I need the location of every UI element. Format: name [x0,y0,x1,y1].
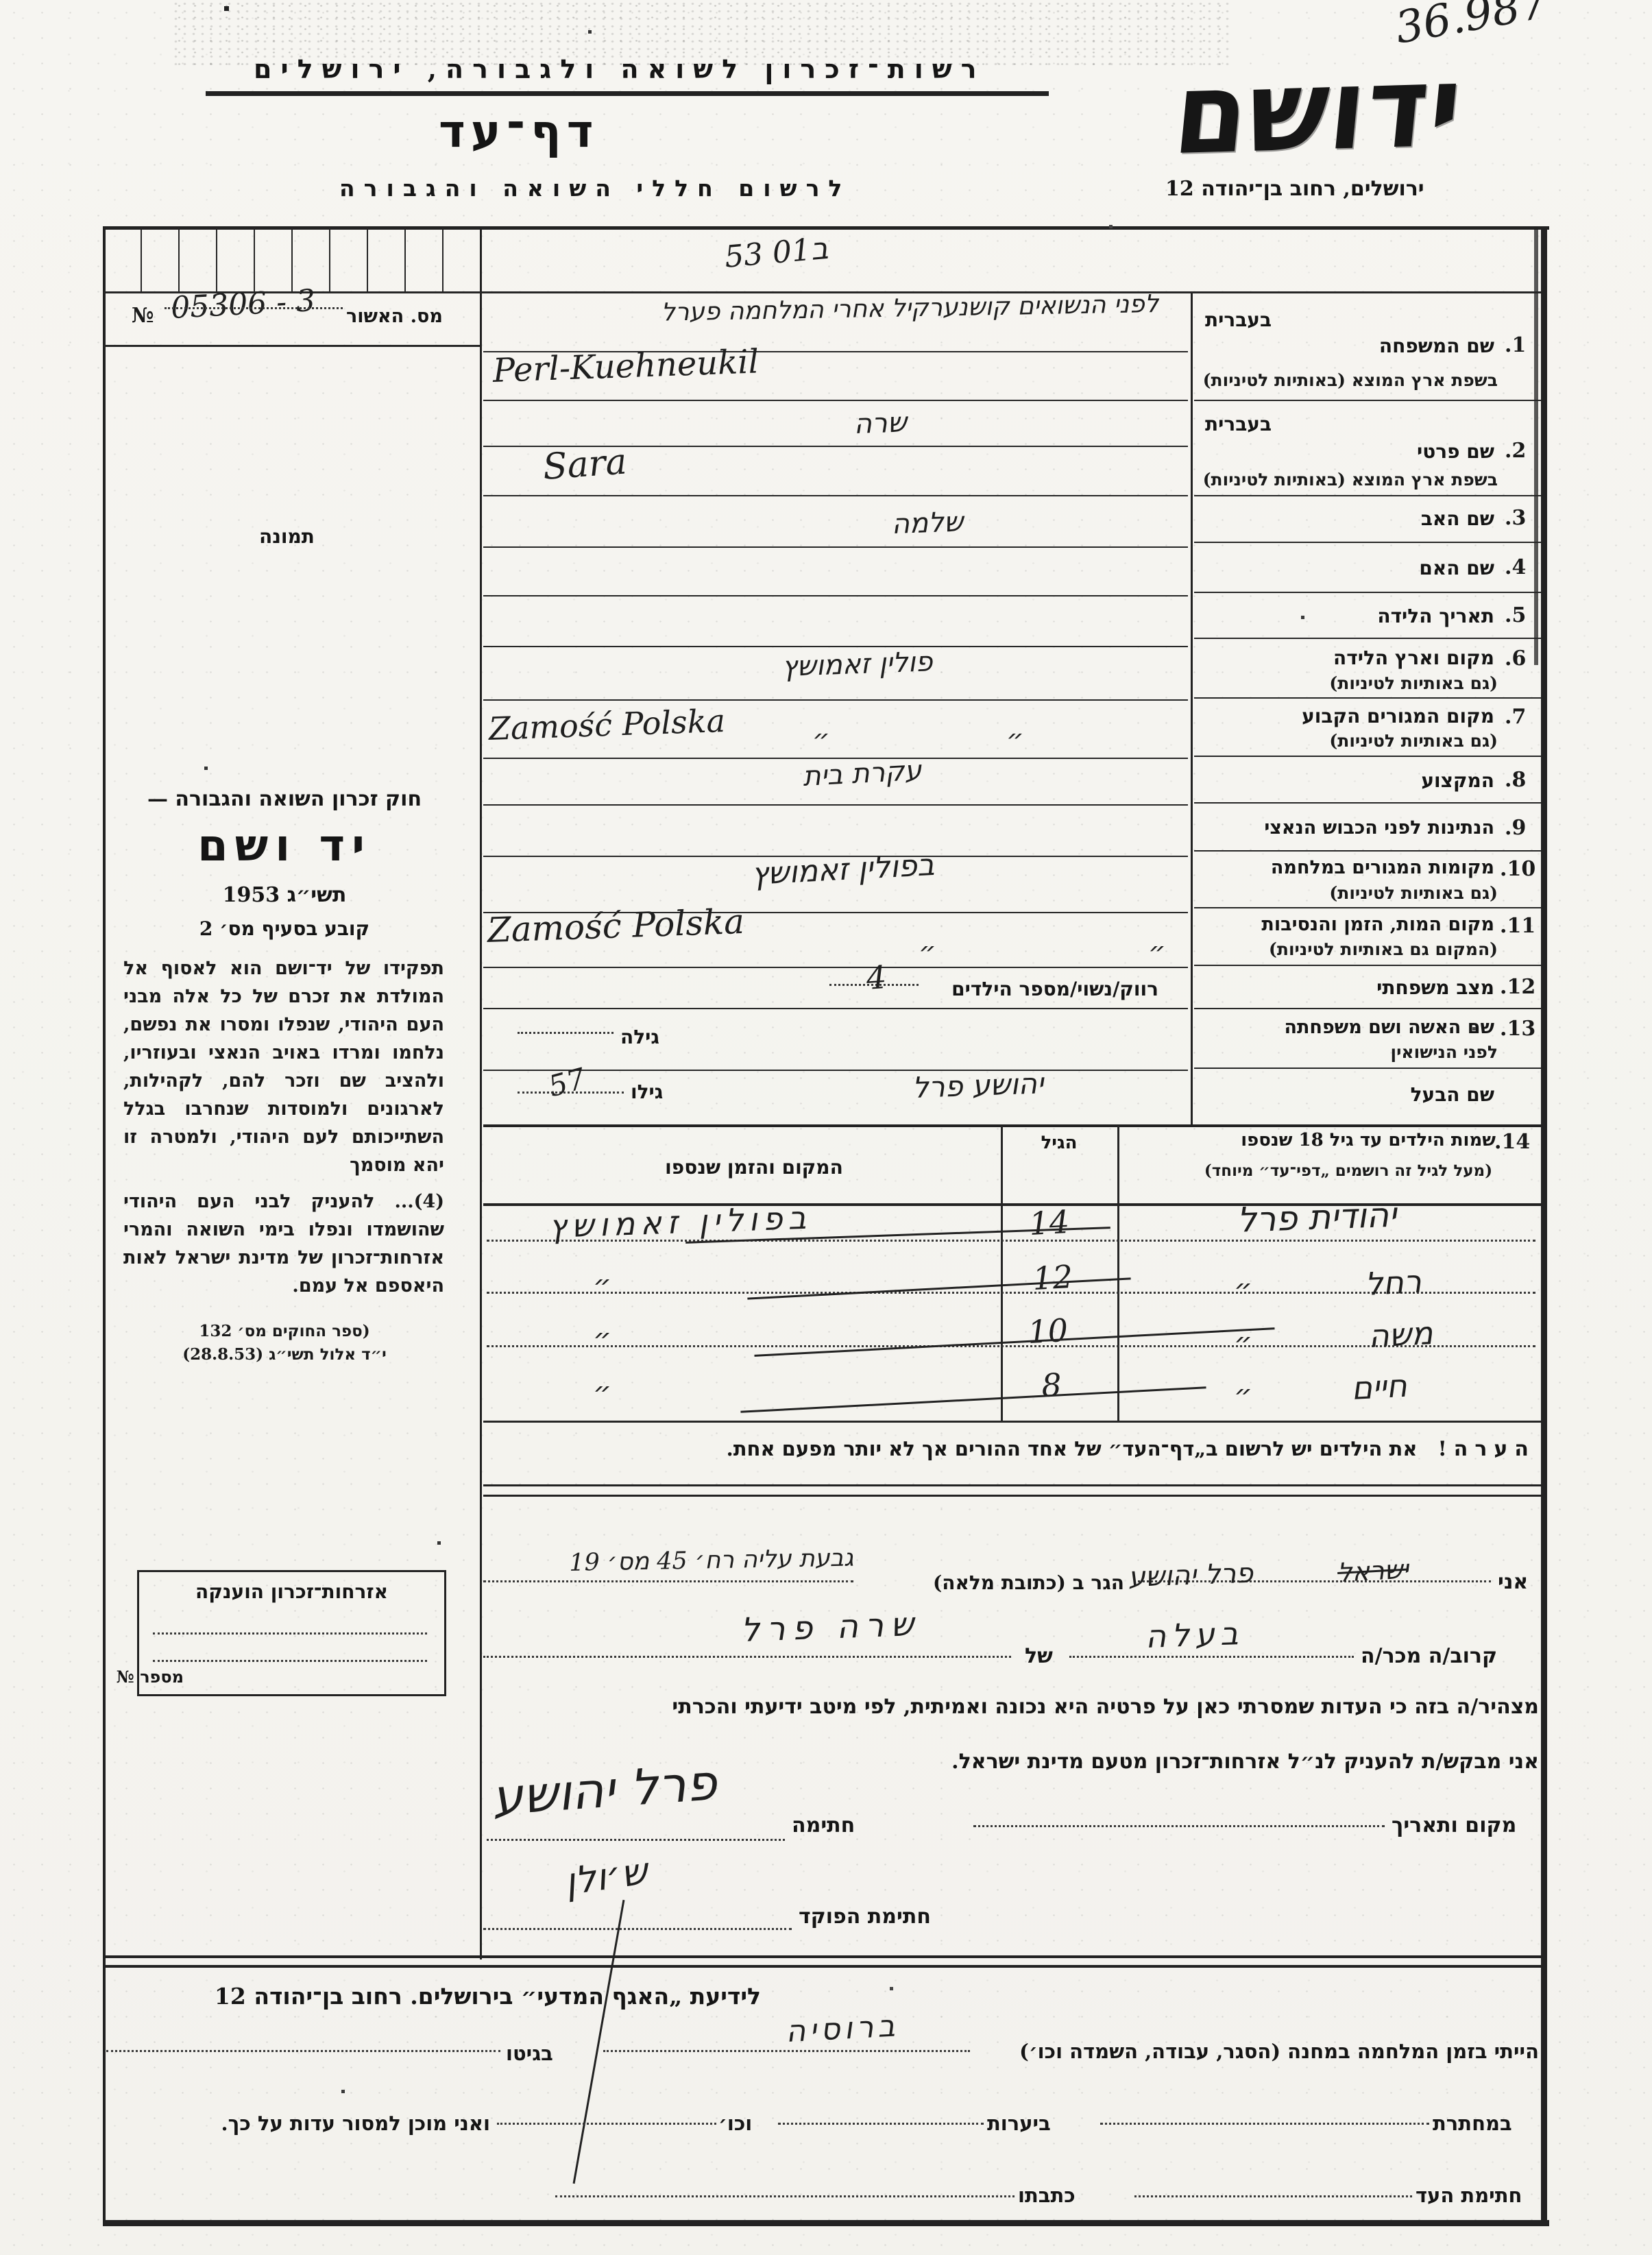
scanned-testimony-page: רשות־זכרון לשואה ולגבורה, ירושלים דף־עד … [0,0,1652,2255]
declarant-address-handwritten: גבעת עליה רח׳ 45 מס׳ 19 [483,1545,854,1578]
center-number-handwritten: 53 ב01 [723,231,829,275]
strip-cell-line [254,228,255,291]
testify-label: ואני מוכן למסור עדות על כך. [110,2112,490,2135]
table-column-line [1001,1126,1003,1422]
ruled-line [483,546,1188,548]
approval-dotted-line [165,307,343,309]
label-separator [1194,907,1541,908]
strip-cell-line [291,228,293,291]
field-13-number: 13. [1500,1017,1535,1041]
pen-stroke [740,1386,1206,1413]
clerk-signature-handwritten: ש׳ולן [562,1849,650,1903]
dotted-blank-line [1134,2195,1412,2197]
declarant-name-handwritten: פרל יהושע [1128,1558,1254,1593]
note-body: את הילדים יש לרשום ב„דף־העד״ של אחד ההור… [727,1437,1418,1460]
ditto-mark: ״ [1234,1378,1252,1412]
logo-address: ירושלים, רחוב בן־יהודה 12 [1165,177,1424,201]
war-residence-handwritten: בפולין זאמושץ [751,847,935,892]
label-separator [1194,1008,1541,1009]
first-name-hebrew-handwritten: שרה [853,407,908,440]
field-3-label: שם האב [1196,507,1494,530]
ditto-mark: ״ [1006,724,1024,756]
declaration-text: מצהיר/ה בזה כי העדות שמסרתי כאן על פרטיה… [483,1695,1539,1719]
field-2-hebrew-tag: בעברית [1205,413,1272,435]
field-11-label: מקום המות, הזמן והנסיבות [1196,914,1494,935]
father-name-handwritten: שלמה [891,506,964,540]
declarant-name-struck-handwritten: ישראל [1337,1554,1409,1588]
authority-name: רשות־זכרון לשואה ולגבורה, ירושלים [254,53,986,84]
photo-placeholder-label: תמונה [259,525,315,548]
field-6-label: מקום וארץ הלידה [1196,647,1494,669]
law-paragraph-2: (4)... להעניק לבני העם היהודי שהושמדו ונ… [123,1187,444,1300]
law-heading: חוק זכרון השואה והגבורה — [127,787,442,811]
ruled-line [483,1070,1188,1071]
family-name-hebrew-handwritten: לפני הנשואים קושנערקיל אחרי המלחמה פערל [490,290,1159,330]
law-year: תשי״ג 1953 [127,883,442,907]
ruled-line [483,595,1188,596]
note-head: הערה! [1438,1437,1535,1461]
label-separator [1194,756,1541,757]
dotted-blank-line [973,1825,1385,1827]
citizenship-dotted-line [153,1632,427,1635]
law-paragraph-1: תפקידו של יד־ושם הוא לאסוף אל המולדת את … [123,954,444,1179]
children-place-header: המקום והזמן שנספו [583,1156,925,1179]
residence-latin-handwritten: Zamość Polska [488,702,726,747]
child-age-handwritten: 12 [1032,1258,1073,1297]
dotted-blank-line [555,2195,1015,2197]
double-rule [103,1955,1546,1958]
ruled-line [483,967,1188,968]
resides-label: הגר ב (כתובת מלאה) [857,1571,1124,1594]
field-2-label: שם פרטי [1196,440,1494,463]
relation-handwritten: בעלה [1145,1615,1244,1655]
law-reference-2: י״ד אלול תשי״ג (28.8.53) [127,1345,442,1364]
dotted-blank-line [483,1656,1011,1658]
field-13-sublabel: לפני הנישואין [1196,1042,1498,1062]
citizenship-box-title: אזרחות־זכרון הוענקה [139,1580,444,1603]
dotted-blank-line [483,1928,792,1930]
label-separator [1194,638,1541,639]
approval-number-sign: № [132,304,154,328]
yad-vashem-logo: ידושם [1169,39,1469,180]
column-divider-left [480,226,482,1959]
law-name: יד ושם [127,820,442,871]
family-name-latin-handwritten: Perl-Kuehneukil [492,342,760,390]
file-number-handwritten: 36.987 [1392,0,1551,54]
ruled-line [483,495,1188,496]
child-name-handwritten: רחל [1364,1263,1422,1303]
approval-row-line [103,345,480,347]
ditto-mark: ״ [593,1322,611,1355]
field-1-label: שם המשפחה [1196,335,1494,357]
strip-cell-line [178,228,180,291]
field-11-number: 11. [1500,914,1535,938]
dotted-blank-line [778,2123,984,2125]
witness-address-label: כתבתו [1018,2184,1076,2207]
field-5-number: 5. [1505,603,1526,627]
marital-status-label: רווק/נשוי/מספר הילדים [850,978,1158,1000]
dotted-blank-line [483,1580,853,1582]
signature-label: חתימה [792,1813,855,1837]
field-10-sublabel: (גם באותיות לטיניות) [1196,883,1498,903]
field-2-number: 2. [1505,439,1526,463]
citizenship-dotted-line [153,1660,427,1662]
children-count-handwritten: 4 [865,958,888,997]
law-reference-1: (ספר החוקים מס׳ 132 [127,1322,442,1340]
husband-field-label: שם הבעל [1196,1083,1494,1106]
form-subtitle: לרשום חללי השואה והגבורה [339,175,851,202]
ditto-mark: ״ [919,937,936,968]
field-4-number: 4. [1505,555,1526,579]
field-14-main: שמות הילדים עד גיל 18 שנספו [1194,1130,1496,1150]
citizenship-number-label: מספר № [117,1667,184,1687]
child-age-handwritten: 14 [1028,1203,1070,1242]
his-age-label: גילו [631,1081,663,1103]
field-1-sublabel: בשפת ארץ המוצא (באותיות לטיניות) [1196,370,1498,390]
place-date-label: מקום ותאריך [1392,1813,1516,1837]
table-column-line [1117,1126,1119,1422]
child-name-handwritten: חיים [1350,1367,1408,1407]
law-clause: קובע בסעיף מס׳ 2 [127,917,442,940]
first-name-latin-handwritten: Sara [542,441,628,487]
header-rule [206,91,1049,96]
war-location-handwritten: ברוסיה [785,2008,900,2049]
dotted-blank-line [603,2050,970,2052]
field-3-number: 3. [1505,506,1526,530]
forests-label: ביערות [987,2112,1051,2135]
ink-specks [0,0,1,1]
label-separator [1194,592,1541,593]
of-label: של [1025,1644,1053,1668]
table-top-rule [483,1124,1541,1127]
label-separator [1194,850,1541,852]
label-separator [1194,495,1541,496]
child-name-handwritten: משה [1368,1314,1434,1355]
strip-cell-line [141,228,142,291]
strip-cell-line [329,228,330,291]
field-14-sub: (מעל לגיל זה רושמים „דפי־עד״ מיוחד) [1194,1161,1503,1180]
scientific-branch-title: לידיעת „האגף המדעי״ בירושלים. רחוב בן־יה… [288,1983,761,2010]
husband-name-handwritten: יהושע פרל [912,1066,1044,1105]
label-separator [1194,400,1541,401]
double-rule [483,1484,1541,1486]
field-1-number: 1. [1505,333,1526,357]
form-border-left [103,226,106,2225]
witness-signature-label: חתימת העד [1416,2184,1522,2207]
ruled-line [483,646,1188,647]
field-4-label: שם האם [1196,557,1494,579]
underground-label: במחתרת [1433,2112,1512,2135]
field-7-label: מקום המגורים הקבוע [1196,705,1494,727]
field-6-sublabel: (גם באותיות לטיניות) [1196,673,1498,693]
dotted-blank-line [1069,1656,1354,1658]
table-bottom-rule [483,1421,1541,1423]
ditto-mark: ״ [812,724,830,756]
ditto-mark: ״ [1234,1273,1252,1306]
field-12-label: מצב משפחתי [1196,976,1494,999]
double-rule [103,1965,1546,1968]
field-2-sublabel: בשפת ארץ המוצא (באותיות לטיניות) [1196,470,1498,490]
field-7-sublabel: (גם באותיות לטיניות) [1196,731,1498,751]
dotted-blank-line [1100,2123,1429,2125]
husband-age-handwritten: 57 [545,1061,589,1103]
relative-label: קרוב/ה מכר/ה [1361,1644,1497,1668]
pen-stroke [573,1900,625,2184]
dotted-blank-line [487,1839,785,1841]
field-11-sublabel: (המקום גם באותיות לטיניות) [1196,939,1498,959]
field-8-number: 8. [1505,768,1526,792]
label-separator [1194,542,1541,543]
strip-cell-line [404,228,406,291]
label-separator [1194,1068,1541,1069]
profession-handwritten: עקרת בית [802,755,923,793]
field-10-number: 10. [1500,857,1535,881]
double-rule [483,1495,1541,1497]
ruled-line [483,804,1188,806]
declarant-i-label: אני [1498,1570,1528,1594]
field-13-label: שם האשה ושם משפחתה [1196,1017,1494,1038]
note-row: הערה! את הילדים יש לרשום ב„דף־העד״ של אח… [494,1437,1535,1461]
death-place-latin-handwritten: Zamość Polska [487,902,745,950]
form-border-top [103,226,1549,230]
label-separator [1194,802,1541,804]
field-14-number: 14. [1494,1130,1530,1154]
etc-label: וכו׳ [718,2112,752,2135]
citizenship-box: אזרחות־זכרון הוענקה מספר № [137,1570,446,1696]
field-7-number: 7. [1505,705,1526,729]
child-age-handwritten: 10 [1027,1312,1069,1351]
her-age-label: גילה [620,1026,659,1048]
field-9-number: 9. [1505,816,1526,840]
deceased-name-handwritten: שרה פרל [740,1605,921,1650]
field-8-label: המקצוע [1196,769,1494,792]
dotted-blank-line [497,2123,716,2125]
label-separator [1194,965,1541,966]
strip-cell-line [367,228,368,291]
field-10-label: מקומות המגורים במלחמה [1196,857,1494,878]
ditto-mark: ״ [593,1375,611,1409]
strip-cell-line [442,228,444,291]
war-location-label: הייתי בזמן המלחמה במחנה (הסגר, עבודה, הש… [973,2040,1539,2063]
dotted-blank-line [106,2050,500,2052]
form-border-right [1541,226,1547,2225]
ditto-mark: ״ [593,1268,611,1302]
form-border-bottom [103,2220,1549,2226]
pen-stroke [754,1327,1274,1357]
field-1-hebrew-tag: בעברית [1205,309,1272,331]
ruled-line [483,1008,1188,1009]
birth-place-handwritten: פולין זאמושץ [781,646,933,683]
approval-number-handwritten: 05306 - 3 [170,283,316,326]
child-name-handwritten: יהודית פרל [1134,1192,1499,1244]
ruled-line [483,400,1188,401]
approval-label: מס. האשור [346,306,443,327]
ghetto-label: בגיטו [506,2042,553,2065]
ruled-line [483,699,1188,701]
child-age-handwritten: 8 [1041,1366,1062,1403]
clerk-signature-label: חתימת הפוקד [799,1905,931,1929]
children-age-header: הגיל [1001,1133,1117,1153]
label-separator [1194,697,1541,699]
column-divider-labels [1191,291,1193,1124]
form-title: דף־עד [439,104,599,158]
field-12-number: 12. [1500,975,1535,999]
field-9-label: הנתינות לפני הכבוש הנאצי [1196,817,1494,839]
field-6-number: 6. [1505,647,1526,671]
field-5-label: תאריך הלידה [1196,605,1494,627]
ditto-mark: ״ [1148,937,1166,968]
dotted-blank-line [518,1032,614,1034]
strip-cell-line [216,228,217,291]
